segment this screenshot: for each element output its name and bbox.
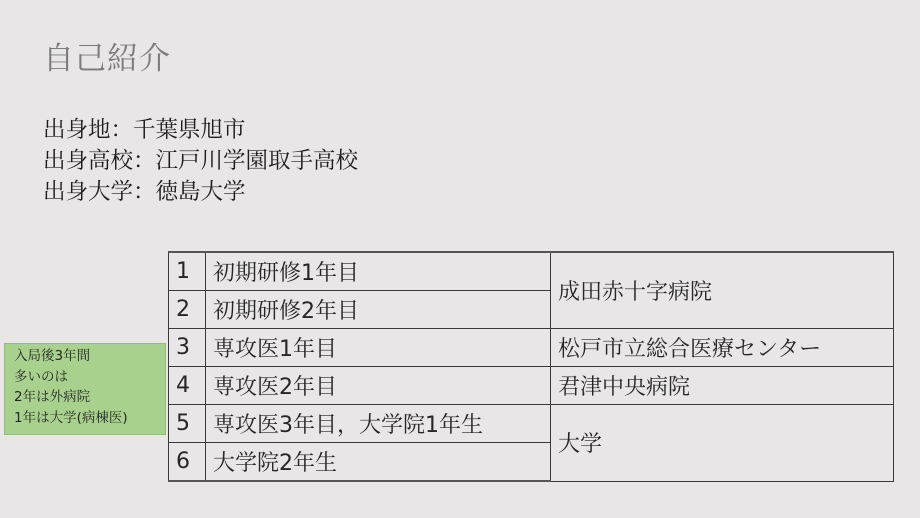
row-place: 君津中央病院	[551, 367, 894, 405]
profile-high-school: 出身高校：江戸川学園取手高校	[43, 146, 358, 177]
row-number: 5	[169, 405, 206, 443]
note-line: 2年は外病院	[14, 387, 165, 408]
row-number: 4	[169, 367, 206, 405]
note-line: 1年は大学(病棟医)	[14, 408, 165, 429]
table-row: 4 専攻医2年目 君津中央病院	[169, 367, 894, 405]
row-year: 専攻医2年目	[206, 367, 551, 405]
row-year: 専攻医3年目，大学院1年生	[206, 405, 551, 443]
profile-university: 出身大学：徳島大学	[43, 177, 358, 208]
table-row: 1 初期研修1年目 成田赤十字病院	[169, 252, 894, 291]
note-line: 入局後3年間	[14, 346, 165, 367]
row-place: 松戸市立総合医療センター	[551, 329, 894, 367]
profile-list: 出身地：千葉県旭市 出身高校：江戸川学園取手高校 出身大学：徳島大学	[43, 115, 358, 208]
profile-hometown: 出身地：千葉県旭市	[43, 115, 358, 146]
row-number: 3	[169, 329, 206, 367]
row-year: 初期研修1年目	[206, 252, 551, 291]
table-row: 3 専攻医1年目 松戸市立総合医療センター	[169, 329, 894, 367]
row-year: 初期研修2年目	[206, 291, 551, 329]
row-year: 専攻医1年目	[206, 329, 551, 367]
row-place: 大学	[551, 405, 894, 482]
career-table: 1 初期研修1年目 成田赤十字病院 2 初期研修2年目 3 専攻医1年目 松戸市…	[168, 251, 894, 482]
note-callout: 入局後3年間 多いのは 2年は外病院 1年は大学(病棟医)	[4, 343, 166, 435]
slide-title: 自己紹介	[43, 33, 171, 78]
table-row: 5 専攻医3年目，大学院1年生 大学	[169, 405, 894, 443]
note-line: 多いのは	[14, 367, 165, 388]
row-place: 成田赤十字病院	[551, 252, 894, 329]
row-number: 1	[169, 252, 206, 291]
row-number: 6	[169, 443, 206, 482]
row-number: 2	[169, 291, 206, 329]
row-year: 大学院2年生	[206, 443, 551, 482]
